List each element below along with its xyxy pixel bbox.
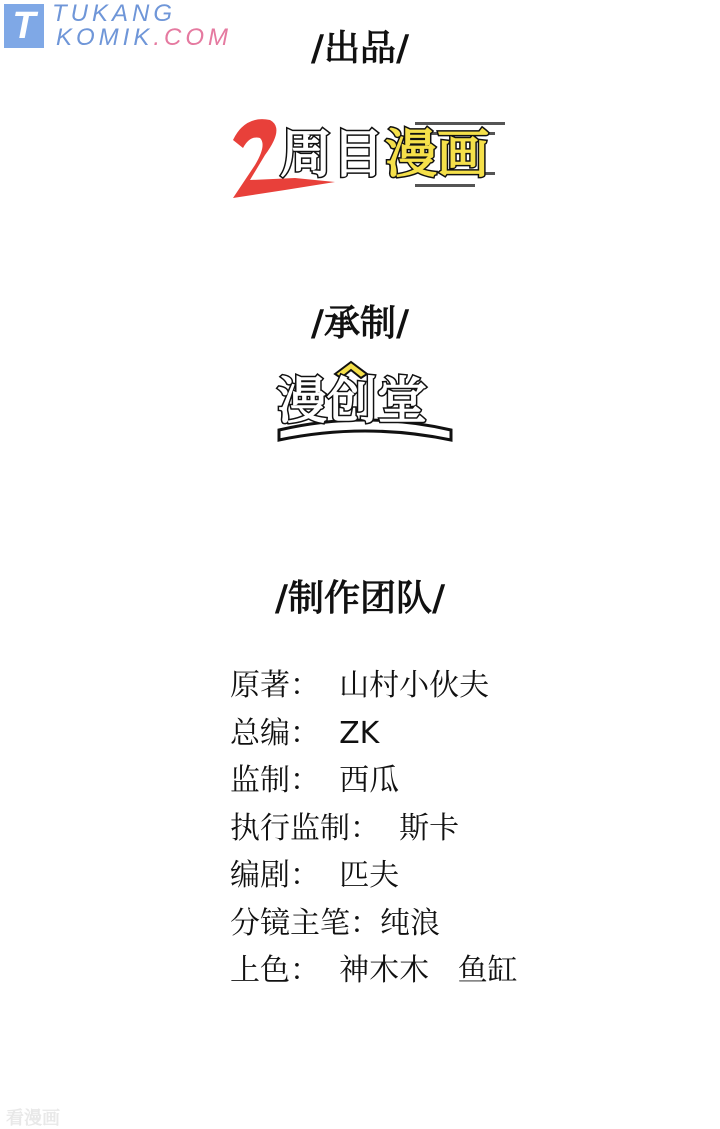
credit-name: ZK [320,710,379,758]
bottom-watermark: 看漫画 [6,1104,60,1129]
credit-role: 上色： [230,947,320,995]
producer-logo: 漫创堂 [275,360,455,442]
credit-name: 纯浪 [380,900,440,948]
credit-role: 编剧： [230,852,320,900]
credit-row: 分镜主笔：纯浪 [230,900,518,948]
team-heading: /制作团队/ [0,570,720,621]
credit-name: 山村小伙夫 [320,662,489,710]
credit-name: 西瓜 [320,757,399,805]
credit-name: 斯卡 [380,805,459,853]
credit-role: 监制： [230,757,320,805]
credit-role: 原著： [230,662,320,710]
credit-row: 总编： ZK [230,710,518,758]
credits-list: 原著： 山村小伙夫 总编： ZK 监制： 西瓜 执行监制： 斯卡 编剧： 匹夫 … [230,662,518,995]
credit-row: 监制： 西瓜 [230,757,518,805]
svg-text:漫画: 漫画 [385,125,489,185]
producer-heading: /承制/ [0,295,720,346]
credit-row: 编剧： 匹夫 [230,852,518,900]
credit-row: 执行监制： 斯卡 [230,805,518,853]
publisher-heading: /出品/ [0,20,720,71]
credit-name: 匹夫 [320,852,399,900]
credit-name: 神木木 鱼缸 [320,947,518,995]
svg-text:周目: 周目 [280,125,384,185]
credit-row: 上色： 神木木 鱼缸 [230,947,518,995]
credit-role: 执行监制： [230,805,380,853]
publisher-logo: 周目 漫画 [225,110,510,202]
credit-row: 原著： 山村小伙夫 [230,662,518,710]
svg-text:漫创堂: 漫创堂 [277,372,427,430]
credit-role: 分镜主笔： [230,900,380,948]
credit-role: 总编： [230,710,320,758]
